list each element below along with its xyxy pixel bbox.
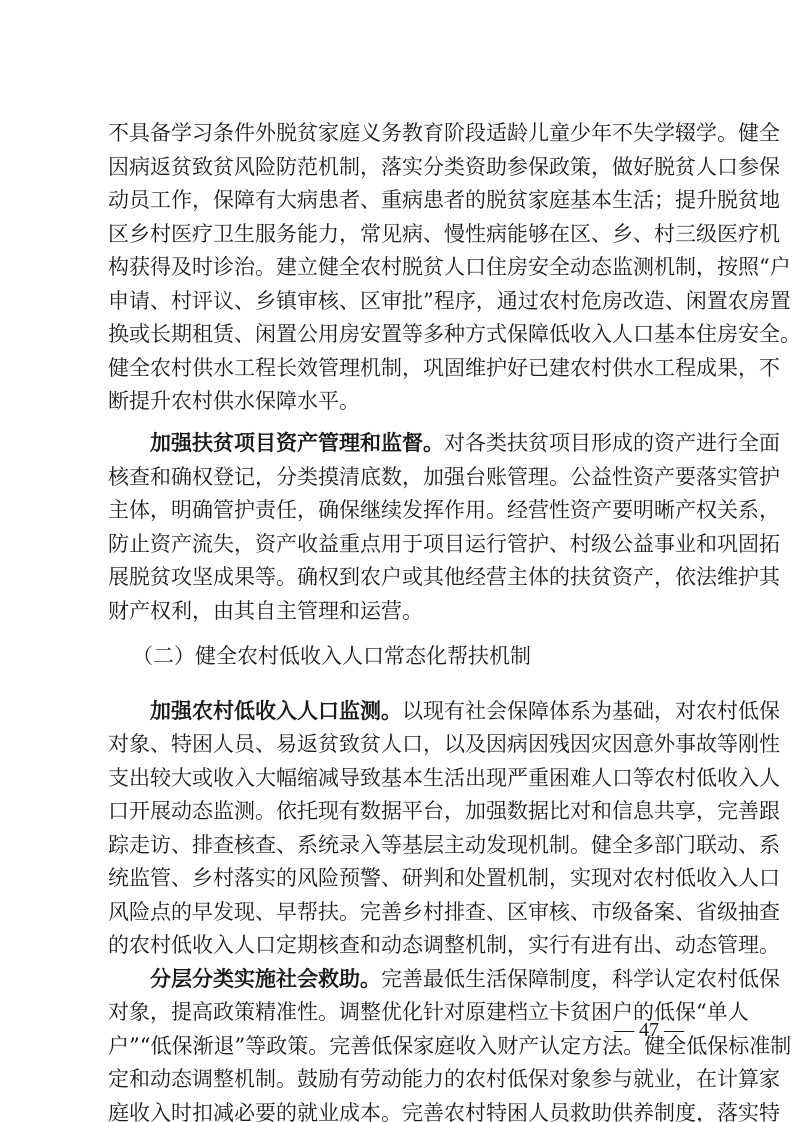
text-line: 户”“低保渐退”等政策。完善低保家庭收入财产认定方法。健全低保标准制	[108, 1030, 688, 1063]
paragraph-lead-rest: 以现有社会保障体系为基础，对农村低保	[402, 699, 780, 723]
paragraph-lead-bold: 加强扶贫项目资产管理和监督。	[150, 431, 444, 455]
text-line: 对象、特困人员、易返贫致贫人口，以及因病因残因灾因意外事故等刚性	[108, 728, 688, 761]
document-page: 不具备学习条件外脱贫家庭义务教育阶段适龄儿童少年不失学辍学。健全 因病返贫致贫风…	[0, 0, 793, 1122]
text-line: 动员工作，保障有大病患者、重病患者的脱贫家庭基本生活；提升脱贫地	[108, 184, 688, 217]
paragraph-lead-rest: 完善最低生活保障制度，科学认定农村低保	[381, 967, 780, 991]
text-line: 构获得及时诊治。建立健全农村脱贫人口住房安全动态监测机制，按照“户	[108, 251, 688, 284]
text-line-first: 分层分类实施社会救助。完善最低生活保障制度，科学认定农村低保	[150, 963, 688, 996]
text-line: 健全农村供水工程长效管理机制，巩固维护好已建农村供水工程成果，不	[108, 352, 688, 385]
paragraph-lead-rest: 对各类扶贫项目形成的资产进行全面	[444, 431, 780, 455]
text-line: 风险点的早发现、早帮扶。完善乡村排查、区审核、市级备案、省级抽查	[108, 896, 688, 929]
text-line: 庭收入时扣减必要的就业成本。完善农村特困人员救助供养制度，落实特	[108, 1097, 688, 1122]
text-line: 申请、村评议、乡镇审核、区审批”程序，通过农村危房改造、闲置农房置	[108, 285, 688, 318]
text-line: 核查和确权登记，分类摸清底数，加强台账管理。公益性资产要落实管护	[108, 461, 688, 494]
text-line: 定和动态调整机制。鼓励有劳动能力的农村低保对象参与就业，在计算家	[108, 1063, 688, 1096]
text-line: 支出较大或收入大幅缩减导致基本生活出现严重困难人口等农村低收入人	[108, 762, 688, 795]
text-line: 因病返贫致贫风险防范机制，落实分类资助参保政策，做好脱贫人口参保	[108, 151, 688, 184]
text-line: 统监管、乡村落实的风险预警、研判和处置机制，实现对农村低收入人口	[108, 862, 688, 895]
paragraph-lead-bold: 加强农村低收入人口监测。	[150, 699, 402, 723]
text-line: 的农村低收入人口定期核查和动态调整机制，实行有进有出、动态管理。	[108, 929, 688, 962]
text-line: 防止资产流失，资产收益重点用于项目运行管护、村级公益事业和巩固拓	[108, 528, 688, 561]
section-heading: （二）健全农村低收入人口常态化帮扶机制	[132, 640, 531, 673]
text-line: 踪走访、排查核查、系统录入等基层主动发现机制。健全多部门联动、系	[108, 829, 688, 862]
text-line: 主体，明确管护责任，确保继续发挥作用。经营性资产要明晰产权关系，	[108, 494, 688, 527]
text-line: 区乡村医疗卫生服务能力，常见病、慢性病能够在区、乡、村三级医疗机	[108, 218, 688, 251]
text-line: 断提升农村供水保障水平。	[108, 385, 688, 418]
page-number: — 47 —	[614, 1016, 684, 1044]
text-line: 财产权利，由其自主管理和运营。	[108, 595, 688, 628]
text-line: 展脱贫攻坚成果等。确权到农户或其他经营主体的扶贫资产，依法维护其	[108, 561, 688, 594]
text-line-first: 加强扶贫项目资产管理和监督。对各类扶贫项目形成的资产进行全面	[150, 427, 688, 460]
text-line: 对象，提高政策精准性。调整优化针对原建档立卡贫困户的低保“单人	[108, 996, 688, 1029]
paragraph-lead-bold: 分层分类实施社会救助。	[150, 967, 381, 991]
text-line-first: 加强农村低收入人口监测。以现有社会保障体系为基础，对农村低保	[150, 695, 688, 728]
text-line: 不具备学习条件外脱贫家庭义务教育阶段适龄儿童少年不失学辍学。健全	[108, 117, 688, 150]
text-line: 换或长期租赁、闲置公用房安置等多种方式保障低收入人口基本住房安全。	[108, 318, 688, 351]
text-line: 口开展动态监测。依托现有数据平台，加强数据比对和信息共享，完善跟	[108, 795, 688, 828]
